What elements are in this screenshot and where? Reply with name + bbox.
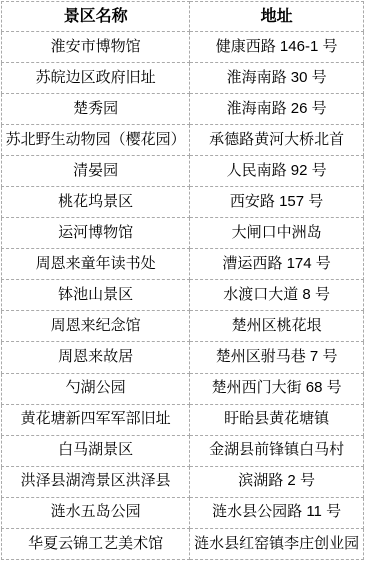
- scenic-area-name-cell: 桃花坞景区: [2, 187, 190, 218]
- scenic-area-name-cell: 洪泽县湖湾景区洪泽县: [2, 466, 190, 497]
- address-cell: 健康西路 146-1 号: [190, 32, 364, 63]
- scenic-area-name-cell: 涟水五岛公园: [2, 497, 190, 528]
- address-cell: 楚州区驸马巷 7 号: [190, 342, 364, 373]
- table-row: 楚秀园淮海南路 26 号: [2, 94, 364, 125]
- table-row: 华夏云锦工艺美术馆涟水县红窑镇李庄创业园: [2, 528, 364, 559]
- table-row: 黄花塘新四军军部旧址盱眙县黄花塘镇: [2, 404, 364, 435]
- table-row: 清晏园人民南路 92 号: [2, 156, 364, 187]
- address-cell: 淮海南路 26 号: [190, 94, 364, 125]
- table-row: 周恩来童年读书处漕运西路 174 号: [2, 249, 364, 280]
- address-cell: 楚州西门大街 68 号: [190, 373, 364, 404]
- table-row: 周恩来纪念馆楚州区桃花垠: [2, 311, 364, 342]
- scenic-area-name-cell: 黄花塘新四军军部旧址: [2, 404, 190, 435]
- scenic-area-name-cell: 周恩来童年读书处: [2, 249, 190, 280]
- address-cell: 楚州区桃花垠: [190, 311, 364, 342]
- address-cell: 西安路 157 号: [190, 187, 364, 218]
- table-row: 苏北野生动物园（樱花园）承德路黄河大桥北首: [2, 125, 364, 156]
- address-cell: 漕运西路 174 号: [190, 249, 364, 280]
- scenic-area-name-cell: 勺湖公园: [2, 373, 190, 404]
- address-cell: 人民南路 92 号: [190, 156, 364, 187]
- table-row: 周恩来故居楚州区驸马巷 7 号: [2, 342, 364, 373]
- column-header-address: 地址: [190, 2, 364, 32]
- address-cell: 大闸口中洲岛: [190, 218, 364, 249]
- header-row: 景区名称 地址: [2, 2, 364, 32]
- table-row: 淮安市博物馆健康西路 146-1 号: [2, 32, 364, 63]
- scenic-area-name-cell: 清晏园: [2, 156, 190, 187]
- table-row: 苏皖边区政府旧址淮海南路 30 号: [2, 63, 364, 94]
- scenic-area-name-cell: 运河博物馆: [2, 218, 190, 249]
- address-cell: 金湖县前锋镇白马村: [190, 435, 364, 466]
- table-row: 勺湖公园楚州西门大街 68 号: [2, 373, 364, 404]
- scenic-area-name-cell: 钵池山景区: [2, 280, 190, 311]
- address-cell: 盱眙县黄花塘镇: [190, 404, 364, 435]
- table-row: 钵池山景区水渡口大道 8 号: [2, 280, 364, 311]
- table-row: 洪泽县湖湾景区洪泽县滨湖路 2 号: [2, 466, 364, 497]
- scenic-area-name-cell: 周恩来故居: [2, 342, 190, 373]
- address-cell: 承德路黄河大桥北首: [190, 125, 364, 156]
- column-header-scenic-name: 景区名称: [2, 2, 190, 32]
- scenic-area-name-cell: 苏皖边区政府旧址: [2, 63, 190, 94]
- address-cell: 涟水县红窑镇李庄创业园: [190, 528, 364, 559]
- scenic-area-table-container: 景区名称 地址 淮安市博物馆健康西路 146-1 号苏皖边区政府旧址淮海南路 3…: [0, 1, 365, 561]
- scenic-area-name-cell: 苏北野生动物园（樱花园）: [2, 125, 190, 156]
- table-body: 淮安市博物馆健康西路 146-1 号苏皖边区政府旧址淮海南路 30 号楚秀园淮海…: [2, 32, 364, 560]
- address-cell: 淮海南路 30 号: [190, 63, 364, 94]
- table-row: 白马湖景区金湖县前锋镇白马村: [2, 435, 364, 466]
- table-row: 涟水五岛公园涟水县公园路 11 号: [2, 497, 364, 528]
- address-cell: 涟水县公园路 11 号: [190, 497, 364, 528]
- scenic-area-name-cell: 白马湖景区: [2, 435, 190, 466]
- address-cell: 水渡口大道 8 号: [190, 280, 364, 311]
- table-row: 运河博物馆大闸口中洲岛: [2, 218, 364, 249]
- scenic-area-name-cell: 华夏云锦工艺美术馆: [2, 528, 190, 559]
- scenic-area-name-cell: 淮安市博物馆: [2, 32, 190, 63]
- scenic-area-table: 景区名称 地址 淮安市博物馆健康西路 146-1 号苏皖边区政府旧址淮海南路 3…: [1, 1, 364, 560]
- scenic-area-name-cell: 楚秀园: [2, 94, 190, 125]
- scenic-area-name-cell: 周恩来纪念馆: [2, 311, 190, 342]
- address-cell: 滨湖路 2 号: [190, 466, 364, 497]
- table-row: 桃花坞景区西安路 157 号: [2, 187, 364, 218]
